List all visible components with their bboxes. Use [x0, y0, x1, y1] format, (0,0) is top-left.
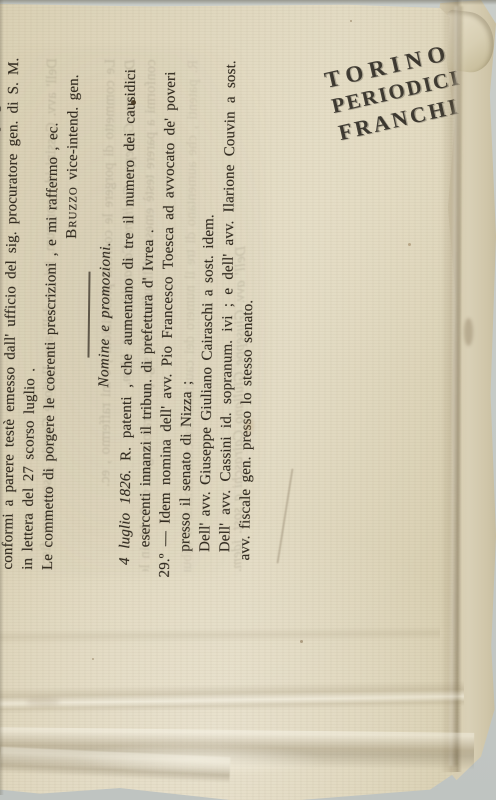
speckle: [350, 20, 352, 22]
speckle: [408, 243, 411, 246]
scanned-page: { "stamp": { "lines": ["TORINO", "PERIOD…: [0, 0, 496, 800]
ink-spot: [131, 100, 136, 105]
fold-stain: [464, 318, 473, 346]
speckle: [92, 658, 94, 660]
stain: [240, 412, 258, 440]
speckle: [300, 640, 303, 643]
smudge: [26, 698, 60, 706]
speckle: [56, 188, 58, 190]
vignette: [0, 0, 496, 800]
